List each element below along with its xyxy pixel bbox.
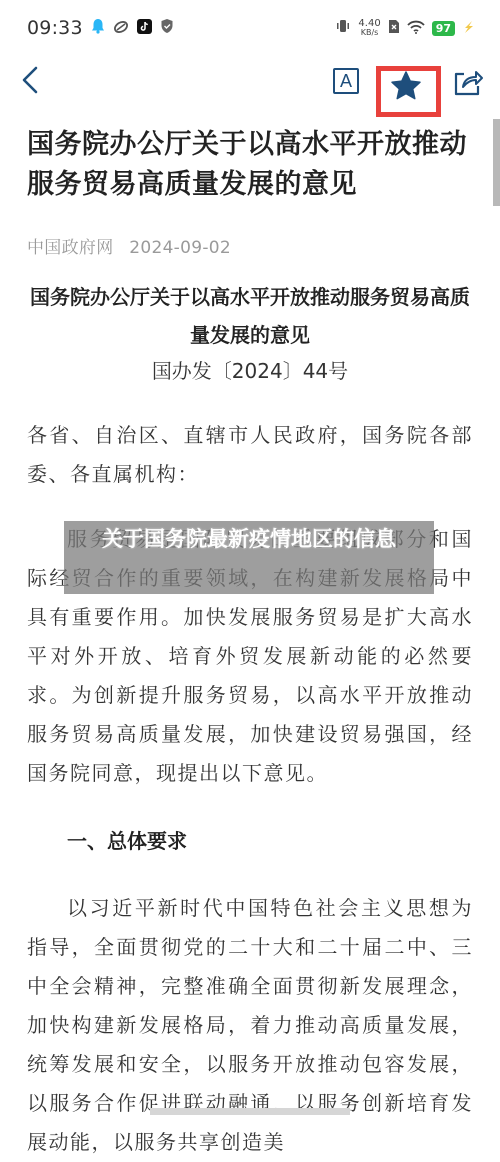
scrollbar[interactable] <box>493 119 500 206</box>
section-heading: 一、总体要求 <box>27 821 473 861</box>
article-date: 2024-09-02 <box>129 238 231 258</box>
addressee-paragraph: 各省、自治区、直辖市人民政府，国务院各部委、各直属机构： <box>27 416 473 494</box>
sim-icon <box>388 19 400 38</box>
star-icon <box>390 70 422 102</box>
net-speed-unit: KB/s <box>358 29 380 37</box>
chevron-left-icon <box>16 62 46 98</box>
article-title: 国务院办公厅关于以高水平开放推动服务贸易高质量发展的意见 <box>27 125 473 205</box>
vibrate-icon <box>335 18 351 38</box>
qq-bell-icon <box>91 18 105 38</box>
document-number: 国办发〔2024〕44号 <box>27 356 473 386</box>
article-meta: 中国政府网 2024-09-02 <box>27 233 473 258</box>
link-icon <box>113 19 129 38</box>
status-right: 4.40 KB/s 97 <box>335 18 474 38</box>
share-button[interactable] <box>452 66 484 98</box>
nav-bar: A <box>0 56 500 112</box>
overlay-caption-banner: 关于国务院最新疫情地区的信息 <box>64 521 434 594</box>
article-source: 中国政府网 <box>27 238 114 258</box>
share-icon <box>452 66 484 98</box>
status-left: 09:33 <box>27 17 174 39</box>
status-time: 09:33 <box>27 17 83 39</box>
wifi-icon <box>407 19 425 38</box>
article: 国务院办公厅关于以高水平开放推动服务贸易高质量发展的意见 中国政府网 2024-… <box>27 125 473 1115</box>
status-bar: 09:33 4.40 KB/s 97 <box>0 0 500 56</box>
font-size-button[interactable]: A <box>333 68 359 94</box>
net-speed: 4.40 KB/s <box>358 19 380 37</box>
document-heading: 国务院办公厅关于以高水平开放推动服务贸易高质量发展的意见 <box>27 278 473 354</box>
bottom-overlay-strip <box>150 1108 350 1115</box>
shield-icon <box>160 18 174 38</box>
tiktok-icon <box>137 19 152 38</box>
battery-icon: 97 <box>432 21 455 36</box>
favorite-button[interactable] <box>390 70 422 102</box>
section-paragraph: 以习近平新时代中国特色社会主义思想为指导，全面贯彻党的二十大和二十届二中、三中全… <box>27 889 473 1115</box>
back-button[interactable] <box>16 62 46 98</box>
charging-icon <box>462 19 474 38</box>
